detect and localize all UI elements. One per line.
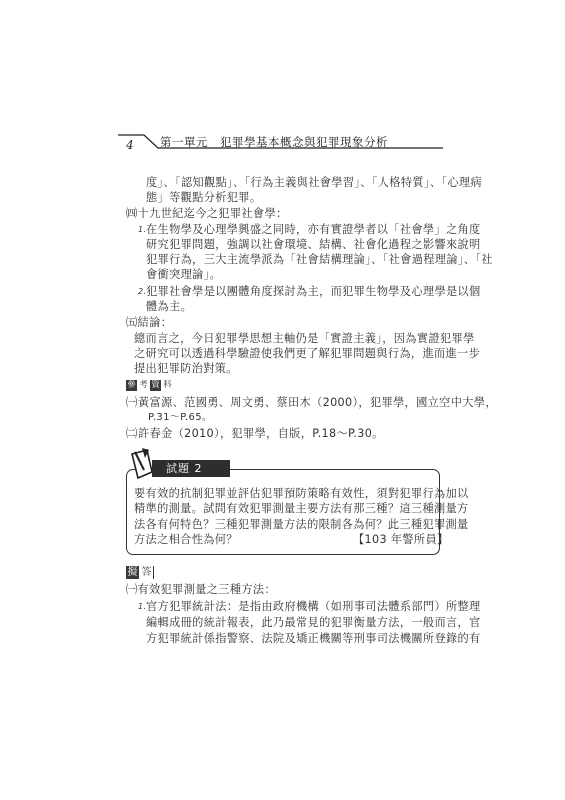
reference-line: P.31～P.65。 — [148, 411, 212, 425]
ref-badge-char: 資 — [150, 380, 161, 391]
answer-badge: 擬 答 — [126, 566, 154, 579]
body-line: 之研究可以透過科學驗證使我們更了解犯罪問題與行為，進而進一步 — [134, 347, 480, 361]
references-badge: 參 考 資 料 — [126, 380, 173, 391]
body-line: 犯罪社會學是以團體角度探討為主，而犯罪生物學及心理學是以個 — [146, 285, 481, 299]
reference-line: 黃富源、范國勇、周文勇、蔡田木（2000），犯罪學，國立空中大學， — [138, 396, 497, 410]
page-number: 4 — [126, 138, 134, 152]
section-heading: ㈤結論： — [126, 316, 172, 330]
question-line: 要有效的抗制犯罪並評估犯罪預防策略有效性，須對犯罪行為加以 — [134, 487, 469, 501]
answer-line: 方犯罪統計係指警察、法院及矯正機關等刑事司法機關所登錄的有 — [146, 632, 481, 646]
body-line: 研究犯罪問題，強調以社會環境、結構、社會化過程之影響來說明 — [146, 238, 481, 252]
body-line: 提出犯罪防治對策。 — [134, 362, 238, 376]
body-line: 會衝突理論」。 — [146, 268, 221, 282]
answer-heading: ㈠有效犯罪測量之三種方法： — [126, 583, 276, 597]
body-line: 在生物學及心理學興盛之同時，亦有實證學者以「社會學」之角度 — [146, 223, 481, 237]
question-line: 方法之相合性為何？ — [134, 533, 238, 547]
question-source: 【103 年警所員】 — [353, 533, 449, 547]
question-line: 法各有何特色？三種犯罪測量方法的限制各為何？此三種犯罪測量 — [134, 518, 469, 532]
reference-line: 許春金（2010），犯罪學，自版，P.18～P.30。 — [138, 427, 384, 441]
answer-badge-char: 答 — [140, 566, 154, 579]
section-heading: ㈣十九世紀迄今之犯罪社會學： — [126, 207, 288, 221]
answer-line: 官方犯罪統計法：是指由政府機構（如刑事司法體系部門）所整理 — [146, 600, 481, 614]
body-line: 度」、「認知觀點」、「行為主義與社會學習」、「人格特質」、「心理病 — [146, 176, 482, 190]
reference-number: ㈠ — [126, 396, 138, 410]
answer-badge-char: 擬 — [126, 566, 139, 579]
reference-number: ㈡ — [126, 427, 138, 441]
question-label: 試題 2 — [152, 460, 230, 477]
answer-line: 編輯成冊的統計報表，此乃最常見的犯罪衡量方法，一般而言，官 — [146, 616, 481, 630]
ref-badge-char: 料 — [162, 380, 173, 391]
body-line: 總而言之，今日犯罪學思想主軸仍是「實證主義」，因為實證犯罪學 — [134, 332, 475, 346]
question-line: 精準的測量。試問有效犯罪測量主要方法有那三種？這三種測量方 — [134, 502, 469, 516]
body-line: 態」等觀點分析犯罪。 — [146, 191, 261, 205]
body-line: 犯罪行為，三大主流學派為「社會結構理論」、「社會過程理論」、「社 — [146, 253, 493, 267]
body-line: 體為主。 — [146, 300, 192, 314]
chapter-title: 第一單元 犯罪學基本概念與犯罪現象分析 — [160, 134, 388, 150]
ref-badge-char: 考 — [138, 380, 149, 391]
ref-badge-char: 參 — [126, 380, 137, 391]
